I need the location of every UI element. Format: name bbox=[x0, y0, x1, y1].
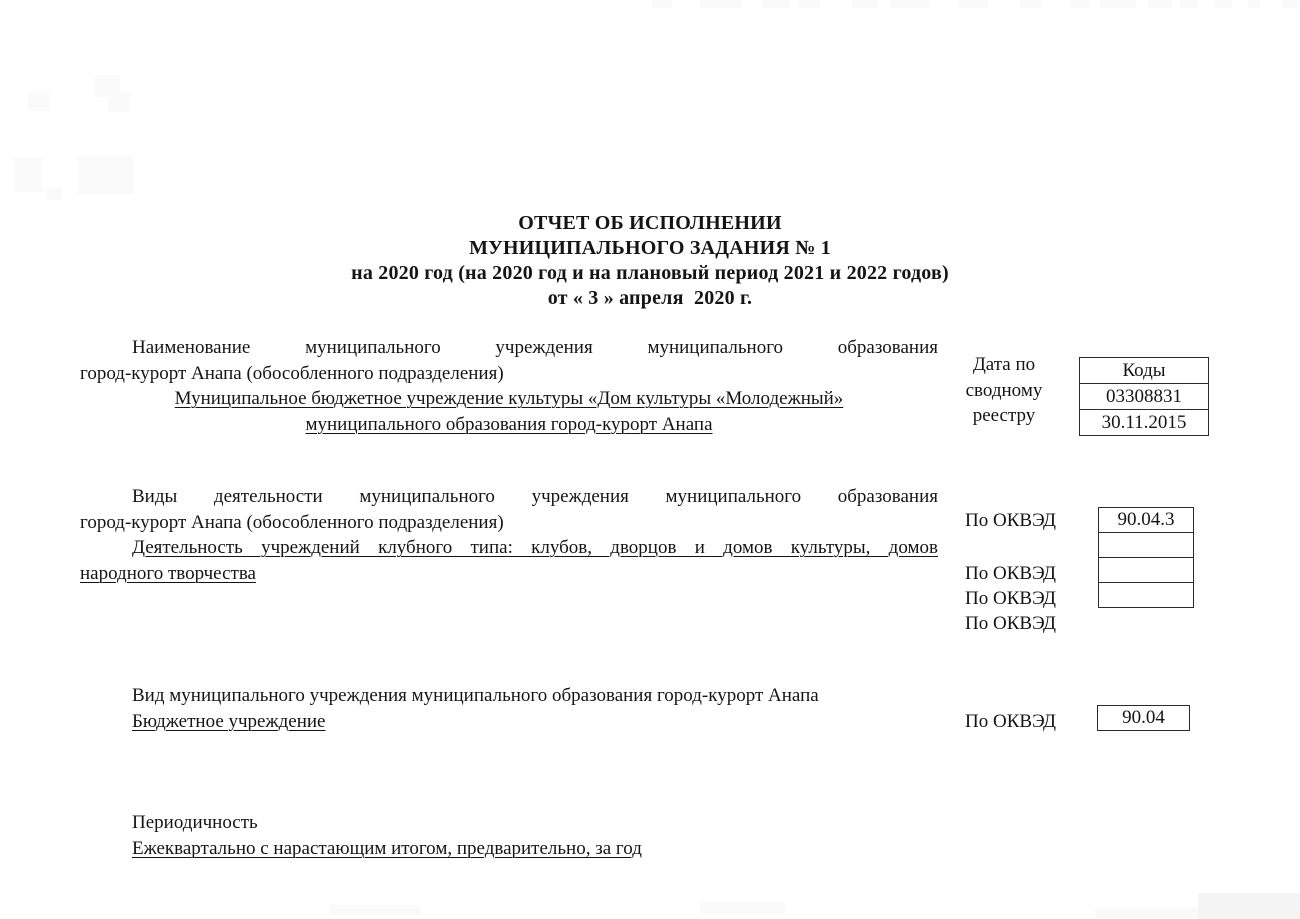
scan-artifact bbox=[330, 905, 420, 915]
okved-label-5: По ОКВЭД bbox=[930, 709, 1056, 734]
scan-artifact bbox=[1198, 893, 1300, 919]
okved-codes-table: 90.04.3 bbox=[1098, 507, 1194, 608]
scan-artifact bbox=[1282, 0, 1298, 8]
scan-artifact bbox=[1100, 0, 1136, 8]
institution-name-label-line1: Наименование муниципального учреждения м… bbox=[80, 335, 938, 361]
activity-value-line2: народного творчества bbox=[80, 561, 938, 587]
scan-artifact bbox=[1180, 0, 1198, 8]
okved-code-cell: 90.04.3 bbox=[1099, 508, 1194, 533]
scan-artifact bbox=[78, 156, 133, 194]
okved-label-4: По ОКВЭД bbox=[930, 611, 1056, 636]
title-line-3: на 2020 год (на 2020 год и на плановый п… bbox=[0, 261, 1300, 286]
scan-artifact bbox=[798, 0, 820, 8]
scan-artifact bbox=[108, 92, 130, 112]
scan-artifact bbox=[46, 188, 62, 200]
scan-artifact bbox=[1070, 0, 1090, 8]
codes-table-row: 03308831 bbox=[1080, 384, 1209, 410]
codes-table-row: 30.11.2015 bbox=[1080, 410, 1209, 436]
institution-type-label: Вид муниципального учреждения муниципаль… bbox=[80, 683, 938, 709]
periodicity-label: Периодичность bbox=[80, 810, 938, 836]
institution-name-value-line1: Муниципальное бюджетное учреждение культ… bbox=[80, 386, 938, 412]
okved-single-code-table: 90.04 bbox=[1097, 705, 1190, 731]
scan-artifact bbox=[28, 93, 50, 111]
registry-date-label-line2: сводному bbox=[952, 378, 1056, 404]
okved-code-cell bbox=[1099, 533, 1194, 558]
scan-artifact bbox=[14, 158, 42, 192]
scan-artifact bbox=[852, 0, 878, 8]
registry-date-label-line3: реестру bbox=[952, 403, 1056, 429]
scan-artifact bbox=[958, 0, 988, 8]
periodicity-value: Ежеквартально с нарастающим итогом, пред… bbox=[132, 838, 642, 859]
activity-label-line1: Виды деятельности муниципального учрежде… bbox=[80, 484, 938, 510]
institution-name-section: Наименование муниципального учреждения м… bbox=[80, 335, 938, 437]
scan-artifact bbox=[1248, 0, 1260, 8]
scan-artifact bbox=[1020, 0, 1042, 8]
institution-name-label-line2: город-курорт Анапа (обособленного подраз… bbox=[80, 361, 938, 387]
title-line-4: от « 3 » апреля 2020 г. bbox=[0, 286, 1300, 311]
title-line-2: МУНИЦИПАЛЬНОГО ЗАДАНИЯ № 1 bbox=[0, 236, 1300, 261]
scan-artifact bbox=[890, 0, 930, 8]
institution-type-section: Вид муниципального учреждения муниципаль… bbox=[80, 683, 938, 734]
scan-artifact bbox=[762, 0, 790, 8]
registry-date-label-line1: Дата по bbox=[952, 352, 1056, 378]
document-title: ОТЧЕТ ОБ ИСПОЛНЕНИИ МУНИЦИПАЛЬНОГО ЗАДАН… bbox=[0, 211, 1300, 311]
okved-code-cell bbox=[1099, 558, 1194, 583]
okved-label-3: По ОКВЭД bbox=[930, 586, 1056, 611]
activity-types-section: Виды деятельности муниципального учрежде… bbox=[80, 484, 938, 586]
okved-label-1: По ОКВЭД bbox=[930, 508, 1056, 533]
okved-code-cell: 90.04 bbox=[1098, 706, 1190, 731]
scan-artifact bbox=[1095, 908, 1205, 918]
scan-artifact bbox=[1214, 0, 1232, 8]
title-line-1: ОТЧЕТ ОБ ИСПОЛНЕНИИ bbox=[0, 211, 1300, 236]
okved-code-cell bbox=[1099, 583, 1194, 608]
scan-artifact bbox=[700, 902, 785, 914]
institution-type-value: Бюджетное учреждение bbox=[132, 711, 326, 732]
activity-label-line2: город-курорт Анапа (обособленного подраз… bbox=[80, 510, 938, 536]
okved-label-2: По ОКВЭД bbox=[930, 561, 1056, 586]
codes-table: Коды 03308831 30.11.2015 bbox=[1079, 357, 1209, 436]
scan-artifact bbox=[700, 0, 742, 8]
activity-value-line1: Деятельность учреждений клубного типа: к… bbox=[80, 535, 938, 561]
registry-date-label: Дата по сводному реестру bbox=[952, 352, 1056, 429]
scan-artifact bbox=[652, 0, 672, 8]
codes-table-header: Коды bbox=[1080, 358, 1209, 384]
scan-artifact bbox=[1148, 0, 1172, 8]
institution-name-value-line2: муниципального образования город-курорт … bbox=[80, 412, 938, 438]
periodicity-section: Периодичность Ежеквартально с нарастающи… bbox=[80, 810, 938, 861]
report-document-page: ОТЧЕТ ОБ ИСПОЛНЕНИИ МУНИЦИПАЛЬНОГО ЗАДАН… bbox=[0, 0, 1300, 919]
